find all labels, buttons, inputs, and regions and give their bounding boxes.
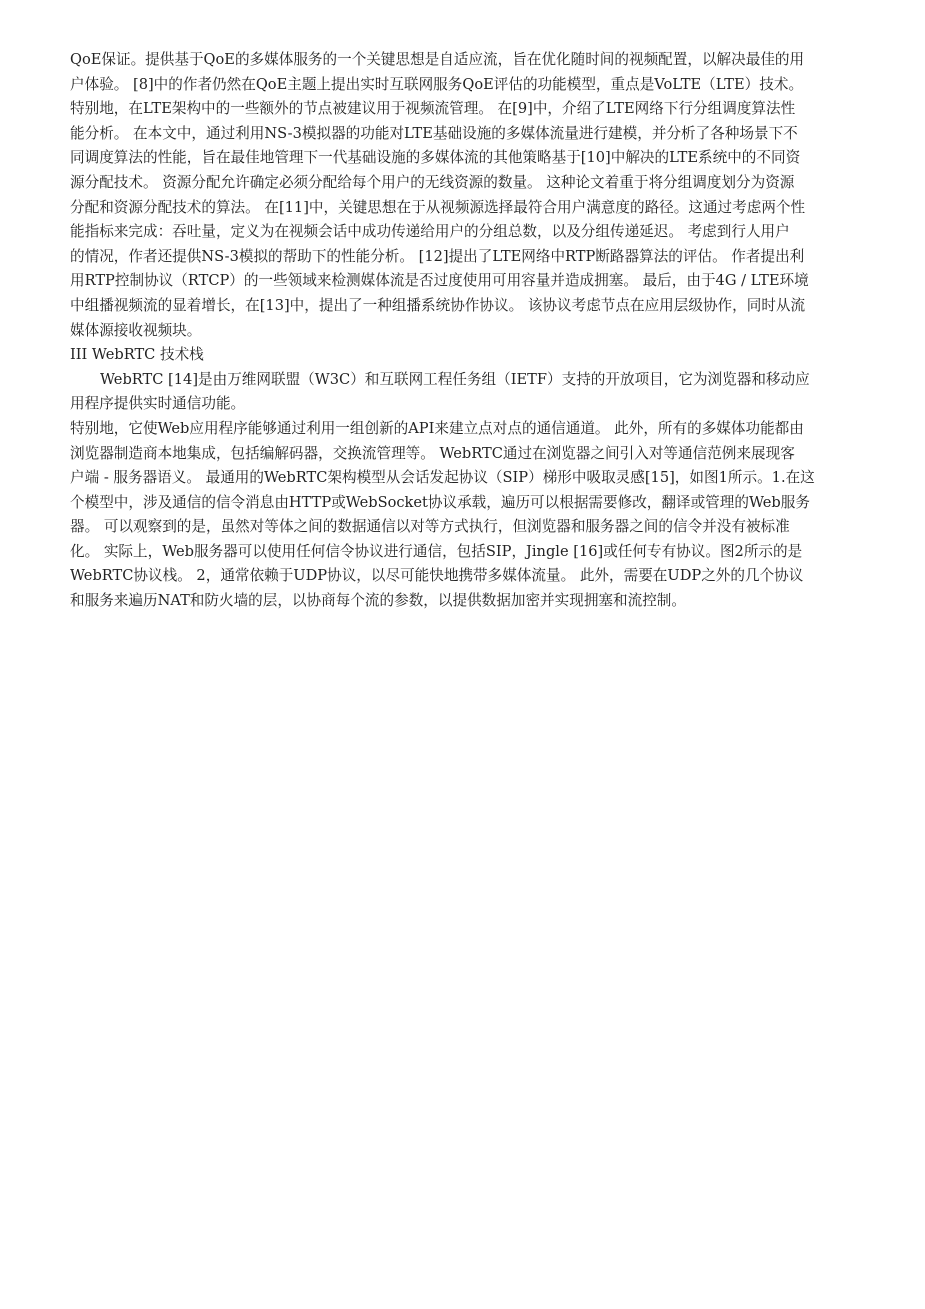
text-line: 媒体源接收视频块。 <box>70 319 870 344</box>
document-page: QoE保证。提供基于QoE的多媒体服务的一个关键思想是自适应流，旨在优化随时间的… <box>70 48 870 614</box>
text-line: 能指标来完成：吞吐量，定义为在视频会话中成功传递给用户的分组总数，以及分组传递延… <box>70 220 870 245</box>
text-line: WebRTC协议栈。 2，通常依赖于UDP协议，以尽可能快地携带多媒体流量。 此… <box>70 564 870 589</box>
text-line: 特别地，在LTE架构中的一些额外的节点被建议用于视频流管理。 在[9]中，介绍了… <box>70 97 870 122</box>
text-line: 中组播视频流的显着增长，在[13]中，提出了一种组播系统协作协议。 该协议考虑节… <box>70 294 870 319</box>
text-line: 能分析。 在本文中，通过利用NS-3模拟器的功能对LTE基础设施的多媒体流量进行… <box>70 122 870 147</box>
text-line: 户端 - 服务器语义。 最通用的WebRTC架构模型从会话发起协议（SIP）梯形… <box>70 466 870 491</box>
paragraph-webrtc-architecture: 特别地，它使Web应用程序能够通过利用一组创新的API来建立点对点的通信通道。 … <box>70 417 870 614</box>
text-line: 特别地，它使Web应用程序能够通过利用一组创新的API来建立点对点的通信通道。 … <box>70 417 870 442</box>
text-line: 器。 可以观察到的是，虽然对等体之间的数据通信以对等方式执行，但浏览器和服务器之… <box>70 515 870 540</box>
text-line: QoE保证。提供基于QoE的多媒体服务的一个关键思想是自适应流，旨在优化随时间的… <box>70 48 870 73</box>
text-line: 个模型中，涉及通信的信令消息由HTTP或WebSocket协议承载，遍历可以根据… <box>70 491 870 516</box>
text-line: 浏览器制造商本地集成，包括编解码器，交换流管理等。 WebRTC通过在浏览器之间… <box>70 442 870 467</box>
text-line: 的情况，作者还提供NS-3模拟的帮助下的性能分析。 [12]提出了LTE网络中R… <box>70 245 870 270</box>
text-line: 用程序提供实时通信功能。 <box>70 392 870 417</box>
section-heading: III WebRTC 技术栈 <box>70 343 870 368</box>
text-line: 同调度算法的性能，旨在最佳地管理下一代基础设施的多媒体流的其他策略基于[10]中… <box>70 146 870 171</box>
paragraph-webrtc-intro: WebRTC [14]是由万维网联盟（W3C）和互联网工程任务组（IETF）支持… <box>70 368 870 417</box>
text-line: 分配和资源分配技术的算法。 在[11]中，关键思想在于从视频源选择最符合用户满意… <box>70 196 870 221</box>
text-line: 和服务来遍历NAT和防火墙的层，以协商每个流的参数，以提供数据加密并实现拥塞和流… <box>70 589 870 614</box>
text-line: WebRTC [14]是由万维网联盟（W3C）和互联网工程任务组（IETF）支持… <box>70 368 870 393</box>
paragraph-related-work: QoE保证。提供基于QoE的多媒体服务的一个关键思想是自适应流，旨在优化随时间的… <box>70 48 870 343</box>
text-line: 源分配技术。 资源分配允许确定必须分配给每个用户的无线资源的数量。 这种论文着重… <box>70 171 870 196</box>
text-line: 用RTP控制协议（RTCP）的一些领域来检测媒体流是否过度使用可用容量并造成拥塞… <box>70 269 870 294</box>
text-line: 户体验。 [8]中的作者仍然在QoE主题上提出实时互联网服务QoE评估的功能模型… <box>70 73 870 98</box>
text-line: 化。 实际上，Web服务器可以使用任何信令协议进行通信，包括SIP，Jingle… <box>70 540 870 565</box>
